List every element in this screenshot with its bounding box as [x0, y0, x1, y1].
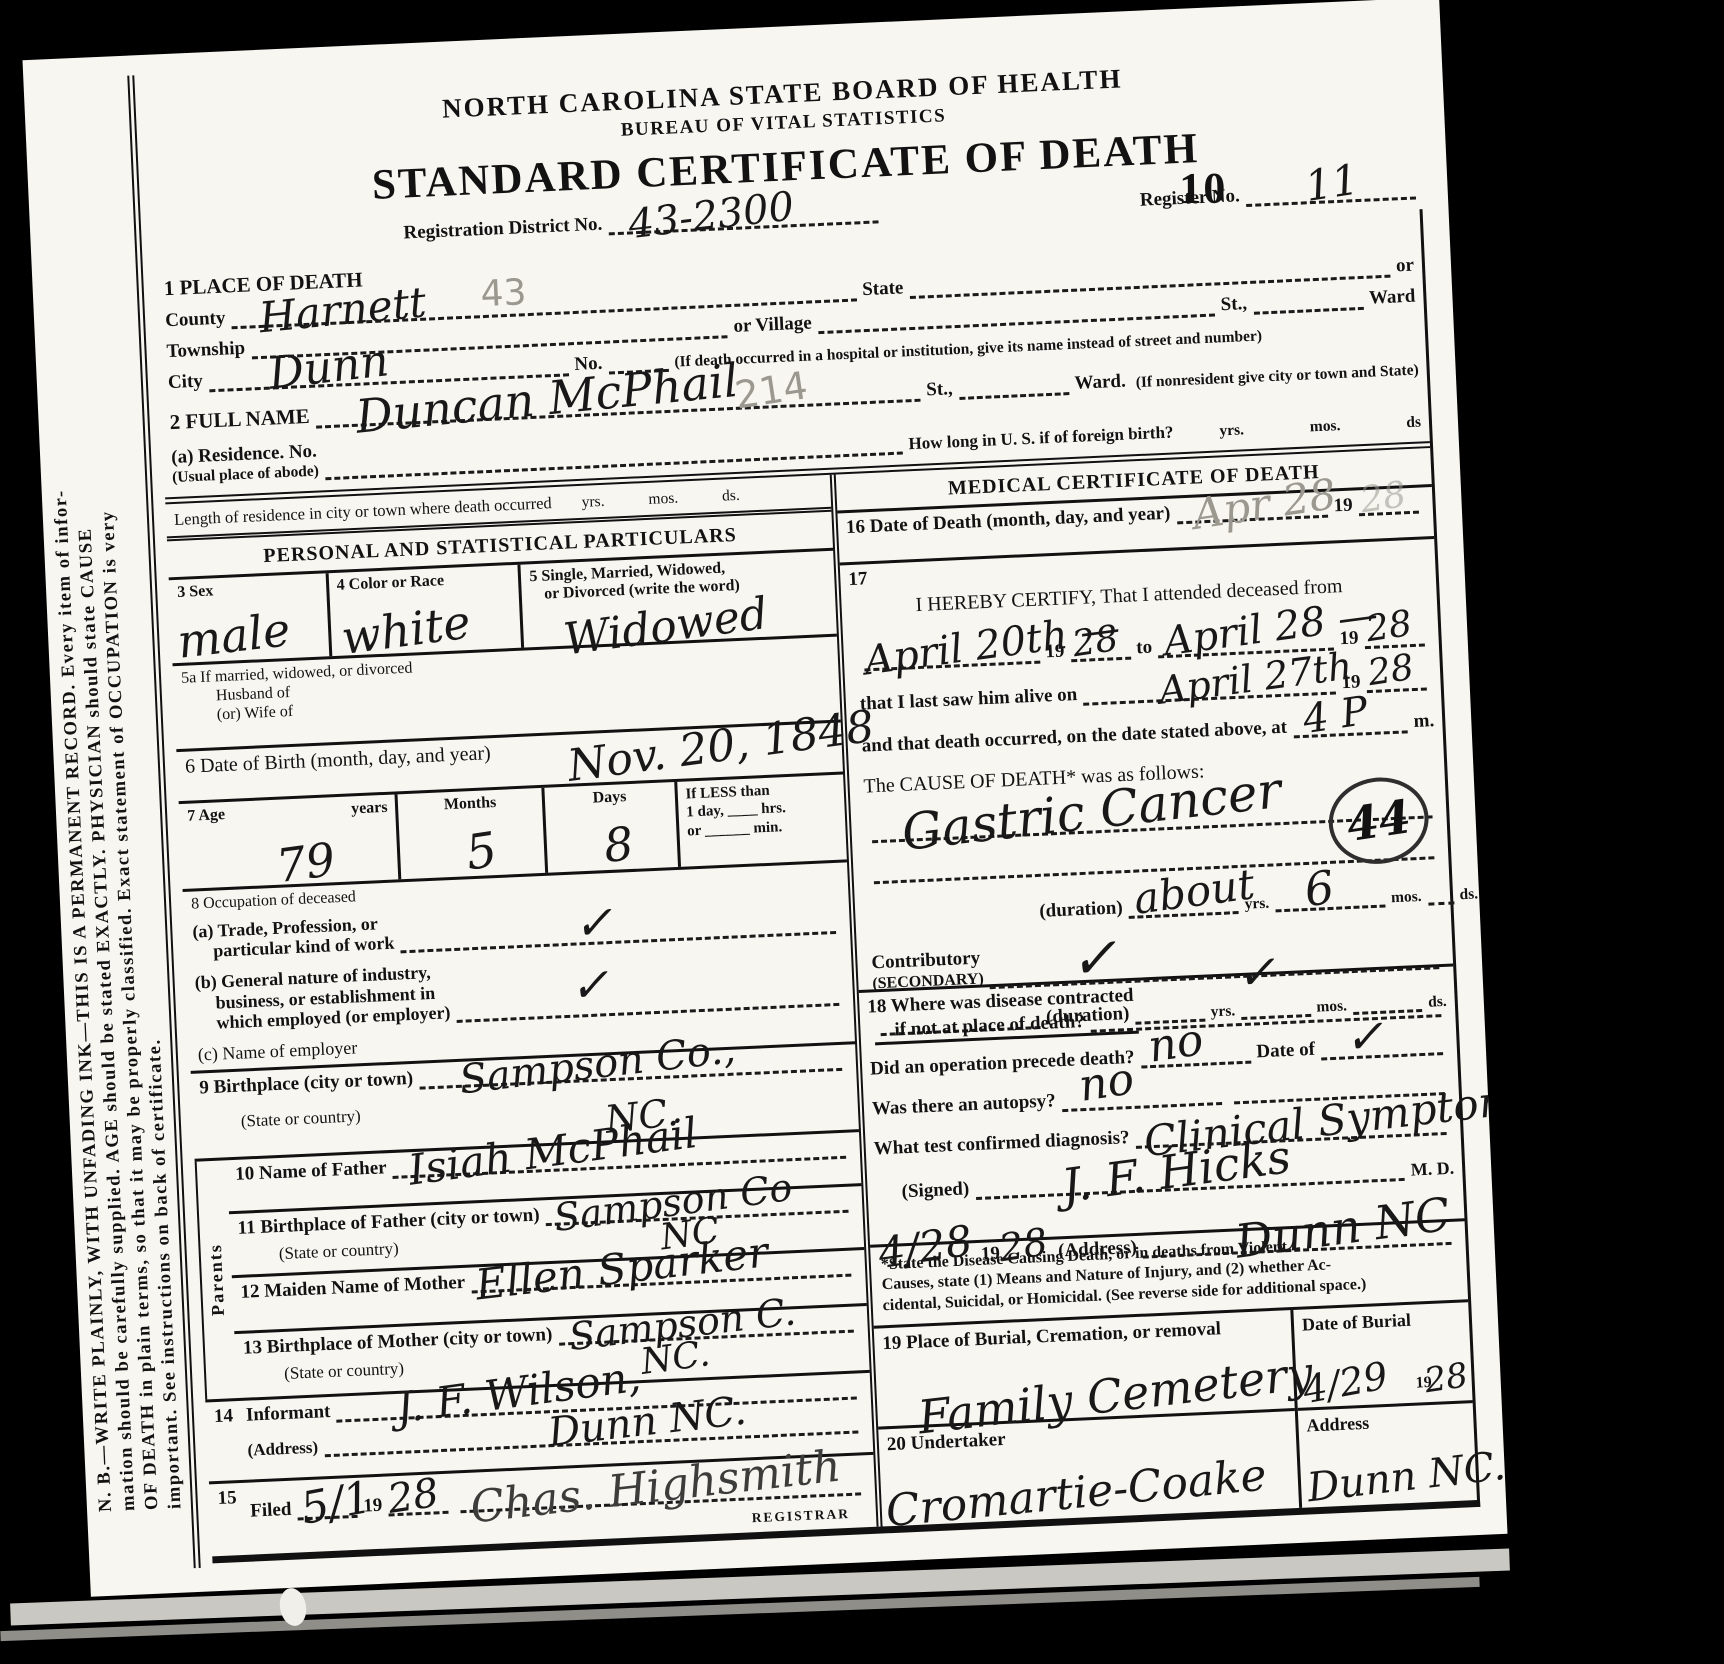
length-mos-label: mos.: [648, 489, 678, 507]
father-name-label: 10 Name of Father: [235, 1157, 387, 1186]
marital-cell: 5 Single, Married, Widowed, or Divorced …: [521, 550, 837, 647]
md-label: M. D.: [1410, 1157, 1454, 1180]
certificate-form: NORTH CAROLINA STATE BOARD OF HEALTH BUR…: [127, 18, 1490, 1568]
form-columns: Length of residence in city or town wher…: [165, 448, 1477, 1557]
sign-year-prefix: 19: [980, 1243, 1000, 1266]
ward-label: Ward: [1368, 286, 1415, 310]
undertaker-value: Cromartie-Coake: [884, 1453, 1268, 1534]
length-yrs-label: yrs.: [581, 493, 605, 511]
certificate-sheet: N. B.—WRITE PLAINLY, WITH UNFADING INK—T…: [22, 0, 1507, 1597]
filed-date-field: 5/1: [297, 1506, 357, 1520]
filed-year-value: 28: [385, 1472, 441, 1519]
sex-label: 3 Sex: [177, 577, 318, 601]
duration-about-value: about: [1132, 863, 1258, 921]
saw-year-field: 28: [1366, 679, 1426, 693]
burial-date-value: 4/29: [1300, 1356, 1391, 1409]
birthplace-field: Sampson Co.,: [419, 1060, 842, 1090]
date-of-death-field: Apr 28: [1176, 506, 1328, 524]
race-label: 4 Color or Race: [336, 569, 510, 595]
informant-number: 14: [214, 1405, 234, 1428]
village-label: or Village: [733, 312, 812, 337]
date-of-field: ✓: [1321, 1044, 1443, 1060]
duration-line: (duration) about yrs. 6 mos. ds.: [869, 883, 1442, 930]
date-of-death-year-field: 28: [1359, 502, 1419, 516]
certify-block: 17 I HEREBY CERTIFY, That I attended dec…: [840, 539, 1453, 993]
register-no-value: 11: [1302, 158, 1361, 207]
from-year-field: 28: [1070, 648, 1130, 662]
cause-line: Gastric Cancer 44: [866, 807, 1439, 843]
autopsy-field: no: [1062, 1094, 1222, 1112]
to-year-value: 28: [1364, 606, 1415, 648]
register-no-stamp: 10: [1179, 163, 1227, 214]
occupation-b-check: ✓: [569, 961, 610, 1009]
death-time-field: 4 P: [1293, 722, 1408, 738]
burial-year-value: 28: [1422, 1358, 1470, 1398]
sex-cell: 3 Sex male: [169, 573, 332, 663]
or-label: or: [1396, 255, 1415, 278]
from-year-value: 28: [1070, 621, 1121, 663]
duration-ds-label: ds.: [1459, 885, 1478, 904]
duration-label: (duration): [1039, 897, 1123, 923]
burial-block: 19 Place of Burial, Cremation, or remova…: [874, 1299, 1477, 1526]
foreign-yrs-label: yrs.: [1219, 421, 1244, 440]
age-label: 7 Age: [187, 806, 226, 825]
mother-birthplace-state: NC.: [639, 1336, 712, 1381]
certificate-box: 1 PLACE OF DEATH County Harnett 43 State…: [155, 209, 1481, 1563]
age-days-label: Days: [552, 786, 667, 809]
operation-line: Did an operation precede death? no Date …: [870, 1032, 1449, 1080]
duration-yrs-field: about: [1129, 903, 1239, 919]
city-label: City: [168, 371, 204, 395]
street2-label: St.,: [926, 378, 953, 401]
occupation-a-check: ✓: [573, 899, 614, 947]
age-years-label: years: [351, 798, 388, 818]
register-no-field: 10 11: [1246, 188, 1416, 207]
meridiem-label: m.: [1413, 710, 1435, 733]
duration-mos-field: 6: [1275, 896, 1385, 912]
age-months-label: Months: [406, 792, 534, 816]
last-saw-label: that I last saw him alive on: [859, 684, 1077, 716]
foreign-mos-label: mos.: [1309, 417, 1340, 436]
foreign-birth-label: How long in U. S. if of foreign birth?: [908, 422, 1174, 454]
sign-date-value: 4/28: [876, 1219, 976, 1275]
to-label: to: [1136, 636, 1153, 659]
certify-number: 17: [848, 568, 868, 591]
date-of-death-year-value: 28: [1358, 477, 1409, 519]
age-years-value: 79: [274, 835, 338, 888]
autopsy-label: Was there an autopsy?: [871, 1090, 1056, 1120]
date-of-label: Date of: [1256, 1038, 1315, 1063]
last-saw-field: April 27th: [1083, 683, 1336, 705]
death-time-value: 4 P: [1300, 691, 1370, 740]
operation-value: no: [1145, 1018, 1206, 1070]
foreign-ds-label: ds: [1406, 413, 1421, 432]
burial-right: Date of Burial 4/29 19 28 Address Dunn N…: [1290, 1302, 1477, 1508]
race-value: white: [338, 598, 472, 661]
filed-date-value: 5/1: [298, 1475, 376, 1531]
filed-year-field: 28: [388, 1502, 448, 1516]
street2-field: [959, 384, 1069, 400]
cause-field: Gastric Cancer 44: [872, 807, 1433, 843]
birthplace-label: 9 Birthplace (city or town): [199, 1068, 414, 1099]
duration-mos-label: mos.: [1391, 888, 1422, 907]
race-cell: 4 Color or Race white: [328, 564, 524, 655]
informant-label: Informant: [246, 1401, 331, 1427]
undertaker-address-cell: Address Dunn NC.: [1298, 1403, 1477, 1508]
burial-place-cell: 19 Place of Burial, Cremation, or remova…: [874, 1310, 1295, 1429]
age-less-cell: If LESS than 1 day, ____ hrs. or ______ …: [677, 774, 847, 866]
nonresident-note: (If nonresident give city or town and St…: [1135, 362, 1419, 393]
age-years-cell: 7 Age years 79: [179, 794, 402, 889]
signed-field: J. F. Hicks: [975, 1170, 1405, 1200]
county-label: County: [165, 308, 226, 333]
age-days-value: 8: [601, 820, 635, 869]
saw-year-value: 28: [1366, 649, 1417, 691]
to-year-field: 28: [1364, 635, 1424, 649]
age-months-value: 5: [463, 825, 500, 877]
filed-label: Filed: [250, 1498, 292, 1522]
full-name-label: 2 FULL NAME: [169, 404, 310, 435]
county-pencil-code: 43: [480, 275, 527, 313]
reg-district-field: 43-2300: [608, 212, 878, 235]
township-label: Township: [166, 338, 245, 363]
sign-address-label: (Address): [1058, 1237, 1138, 1262]
personal-column: Length of residence in city or town wher…: [165, 474, 882, 1556]
q18-check: ✓: [1236, 948, 1277, 996]
registrar-label: REGISTRAR: [751, 1506, 850, 1526]
filed-number: 15: [217, 1487, 237, 1510]
street-label: St.,: [1220, 293, 1247, 316]
burial-left: 19 Place of Burial, Cremation, or remova…: [874, 1310, 1299, 1526]
medical-column: MEDICAL CERTIFICATE OF DEATH 16 Date of …: [836, 448, 1477, 1527]
death-occurred-line: and that death occurred, on the date sta…: [861, 710, 1434, 757]
occupation-row: 8 Occupation of deceased (a) Trade, Prof…: [183, 862, 855, 1073]
burial-date-cell: Date of Burial 4/29 19 28: [1293, 1302, 1472, 1410]
date-of-check: ✓: [1344, 1012, 1385, 1060]
undertaker-address-label: Address: [1306, 1408, 1466, 1436]
mother-name-label: 12 Maiden Name of Mother: [240, 1271, 466, 1303]
duration-ds-field: [1427, 893, 1453, 905]
operation-field: no: [1141, 1052, 1251, 1068]
length-ds-label: ds.: [722, 486, 740, 504]
parents-group: Parents 10 Name of Father Isiah McPhail: [195, 1132, 870, 1402]
age-days-cell: Days 8: [544, 782, 681, 873]
mother-name-field: Ellen Sparker: [471, 1265, 851, 1293]
contributory-check: ✓: [1069, 930, 1118, 988]
duration-mos-value: 6: [1302, 863, 1337, 912]
full-name-pencil-code: 214: [733, 366, 810, 414]
attended-from-field: April 20th —: [864, 652, 1040, 671]
autopsy-value: no: [1076, 1057, 1137, 1109]
street-field: [1253, 299, 1363, 315]
q18-field: [1091, 1006, 1442, 1033]
state-label: State: [862, 277, 904, 301]
disease-questions-block: 18 Where was disease contracted ✓ if not…: [859, 966, 1465, 1244]
informant-address-label: (Address): [247, 1437, 318, 1460]
sex-value: male: [175, 606, 292, 665]
undertaker-cell: 20 Undertaker Cromartie-Coake: [878, 1411, 1299, 1527]
age-months-cell: Months 5: [398, 787, 548, 878]
burial-date-label: Date of Burial: [1302, 1308, 1462, 1336]
death-occurred-label: and that death occurred, on the date sta…: [861, 716, 1287, 757]
ward2-label: Ward.: [1074, 371, 1126, 395]
reg-district-label: Registration District No.: [403, 214, 603, 245]
signed-label: (Signed): [901, 1178, 969, 1203]
undertaker-address-value: Dunn NC.: [1305, 1446, 1507, 1508]
sign-year-value: 28: [997, 1222, 1050, 1267]
